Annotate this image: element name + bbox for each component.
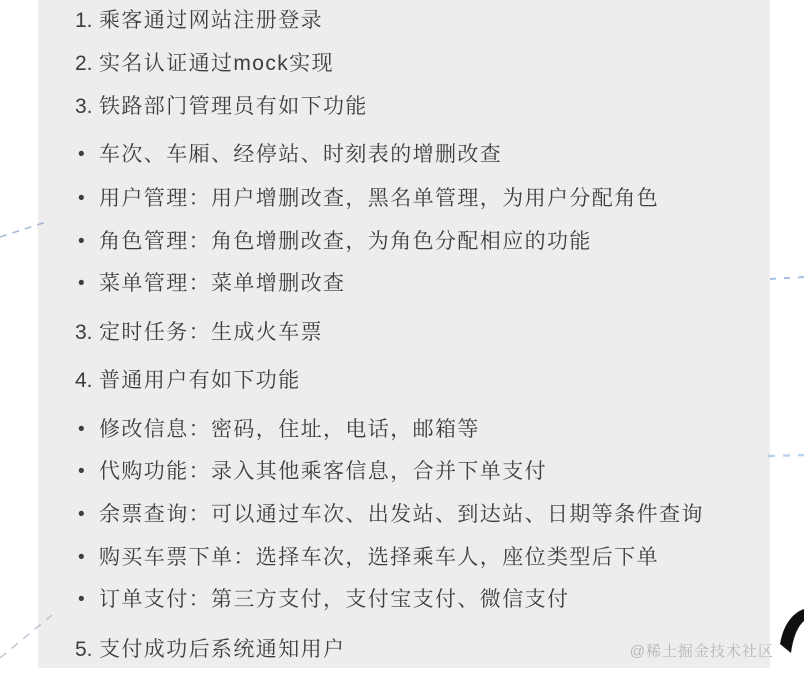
bullet-icon: • <box>75 418 99 442</box>
list-item-text: 定时任务：生成火车票 <box>99 321 323 345</box>
list-item-numbered: 1. 乘客通过网站注册登录 <box>75 9 323 33</box>
bullet-icon: • <box>75 230 99 254</box>
list-item-bullet: • 修改信息：密码，住址，电话，邮箱等 <box>75 418 480 442</box>
bullet-icon: • <box>75 187 99 211</box>
list-item-text: 角色管理：角色增删改查，为角色分配相应的功能 <box>99 230 592 254</box>
list-item-marker: 3. <box>75 321 99 345</box>
list-item-marker: 4. <box>75 369 99 393</box>
list-item-text: 余票查询：可以通过车次、出发站、到达站、日期等条件查询 <box>99 503 704 527</box>
list-item-text: 普通用户有如下功能 <box>99 369 301 393</box>
list-item-bullet: • 代购功能：录入其他乘客信息，合并下单支付 <box>75 460 547 484</box>
list-item-text: 铁路部门管理员有如下功能 <box>99 95 368 119</box>
list-item-text: 实名认证通过mock实现 <box>99 52 334 76</box>
list-item-text: 修改信息：密码，住址，电话，邮箱等 <box>99 418 480 442</box>
list-item-numbered: 3. 铁路部门管理员有如下功能 <box>75 95 368 119</box>
document-page: { "page": { "background": "#ffffff", "pa… <box>0 0 804 682</box>
list-item-text: 订单支付：第三方支付，支付宝支付、微信支付 <box>99 588 569 612</box>
list-item-numbered: 3. 定时任务：生成火车票 <box>75 321 323 345</box>
bullet-icon: • <box>75 272 99 296</box>
list-item-text: 车次、车厢、经停站、时刻表的增删改查 <box>99 143 502 167</box>
list-item-numbered: 2. 实名认证通过mock实现 <box>75 52 334 76</box>
list-item-text: 代购功能：录入其他乘客信息，合并下单支付 <box>99 460 547 484</box>
list-item-text: 菜单管理：菜单增删改查 <box>99 272 345 296</box>
list-item-bullet: • 购买车票下单：选择车次，选择乘车人，座位类型后下单 <box>75 546 659 570</box>
list-item-text: 用户管理：用户增删改查，黑名单管理，为用户分配角色 <box>99 187 659 211</box>
bullet-icon: • <box>75 503 99 527</box>
list-item-bullet: • 用户管理：用户增删改查，黑名单管理，为用户分配角色 <box>75 187 659 211</box>
list-item-bullet: • 订单支付：第三方支付，支付宝支付、微信支付 <box>75 588 569 612</box>
content-panel: 1. 乘客通过网站注册登录 2. 实名认证通过mock实现 3. 铁路部门管理员… <box>38 0 770 668</box>
watermark-text: @稀土掘金技术社区 <box>630 640 774 661</box>
bullet-icon: • <box>75 143 99 167</box>
list-item-marker: 2. <box>75 52 99 76</box>
list-item-bullet: • 余票查询：可以通过车次、出发站、到达站、日期等条件查询 <box>75 503 704 527</box>
list-item-text: 购买车票下单：选择车次，选择乘车人，座位类型后下单 <box>99 546 659 570</box>
list-item-bullet: • 菜单管理：菜单增删改查 <box>75 272 345 296</box>
list-item-numbered: 4. 普通用户有如下功能 <box>75 369 301 393</box>
bullet-icon: • <box>75 546 99 570</box>
ink-stroke-mark <box>780 609 804 653</box>
list-item-text: 乘客通过网站注册登录 <box>99 9 323 33</box>
list-item-marker: 5. <box>75 638 99 662</box>
bullet-icon: • <box>75 588 99 612</box>
dashed-line-right-bottom <box>768 455 804 456</box>
list-item-text: 支付成功后系统通知用户 <box>99 638 345 662</box>
bullet-icon: • <box>75 460 99 484</box>
list-item-bullet: • 车次、车厢、经停站、时刻表的增删改查 <box>75 143 502 167</box>
list-item-marker: 3. <box>75 95 99 119</box>
list-item-numbered: 5. 支付成功后系统通知用户 <box>75 638 345 662</box>
list-item-bullet: • 角色管理：角色增删改查，为角色分配相应的功能 <box>75 230 592 254</box>
list-item-marker: 1. <box>75 9 99 33</box>
dashed-line-right-top <box>770 277 804 279</box>
